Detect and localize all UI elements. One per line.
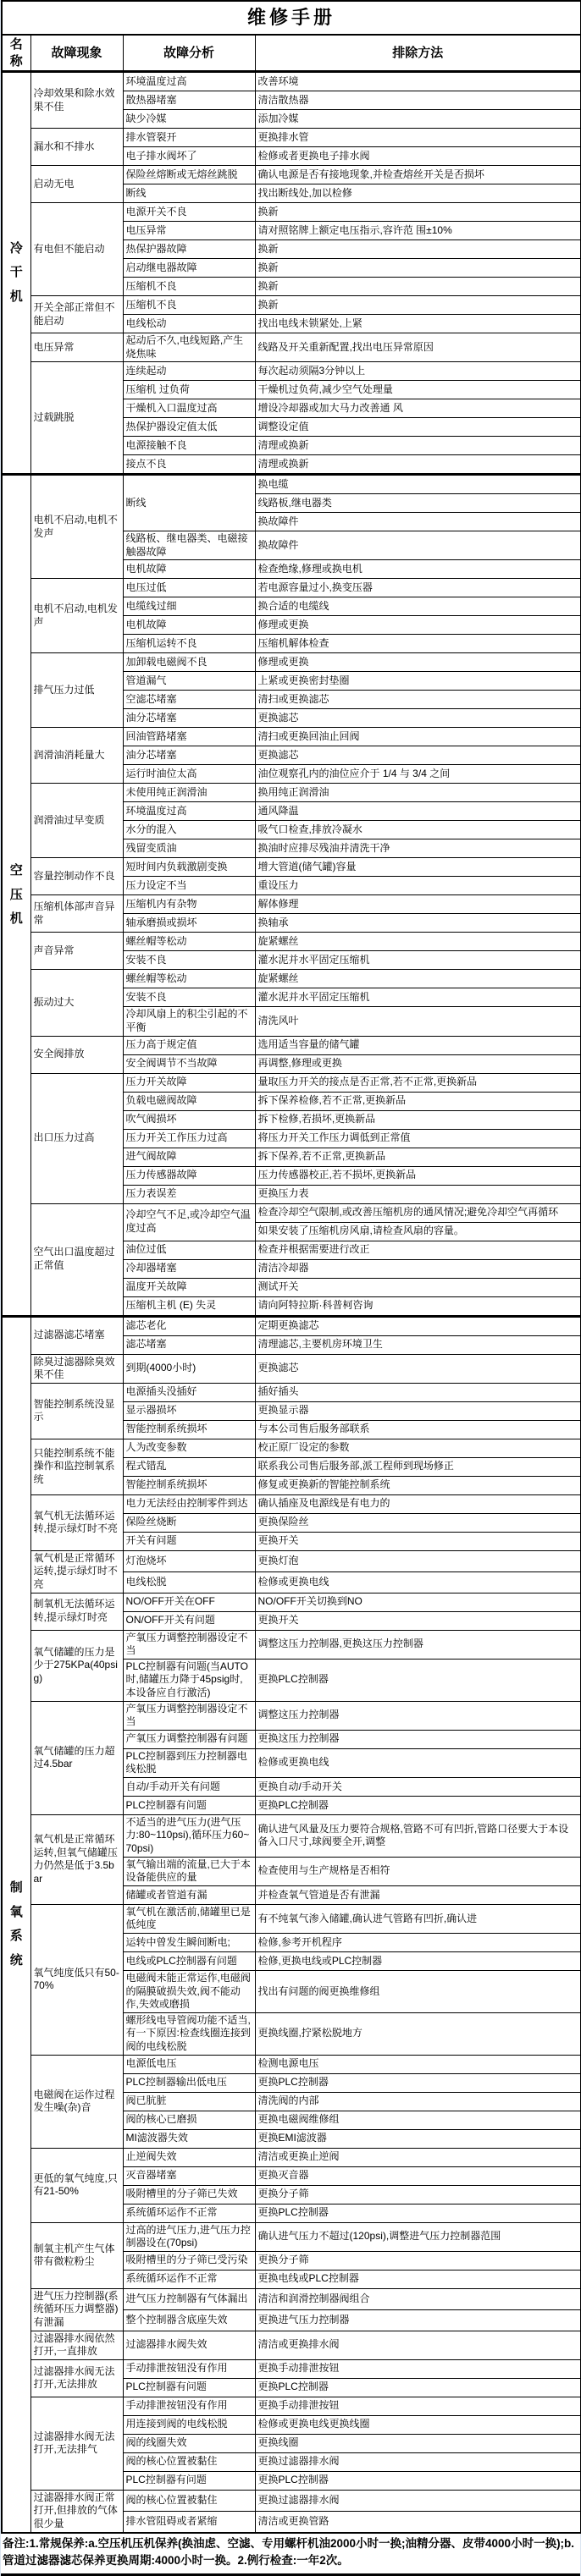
remedy-cell: 更换排水管 (255, 129, 581, 147)
remedy-cell: 更换PLC控制器 (255, 1796, 581, 1814)
analysis-cell: 电线松脱 (123, 1571, 255, 1593)
analysis-cell: 电力无法经由控制零件到达 (123, 1494, 255, 1513)
remedy-cell: 定期更换滤芯 (255, 1316, 581, 1335)
analysis-cell: 用连接到阀的电线松脱 (123, 2415, 255, 2434)
analysis-cell: ON/OFF开关有问题 (123, 1611, 255, 1630)
remedy-cell: 换电缆 (255, 475, 581, 494)
remedy-cell: 修复或更换新的智能控制系统 (255, 1476, 581, 1494)
remedy-cell: 拆下检修,若损坏,更换新品 (255, 1110, 581, 1129)
remedy-cell: 更换开关 (255, 1532, 581, 1550)
remedy-cell: 更换PLC控制器 (255, 2073, 581, 2092)
remedy-cell: 更换这压力控制器 (255, 1730, 581, 1748)
analysis-cell: 自动/手动开关有问题 (123, 1777, 255, 1796)
phenomenon-cell: 安全阀排放 (30, 1036, 123, 1073)
analysis-cell: 起动后不久,电线短路,产生烧焦味 (123, 333, 255, 362)
phenomenon-cell: 空气出口温度超过正常值 (30, 1203, 123, 1316)
remedy-cell: 修理或更换 (255, 653, 581, 672)
remedy-cell: NO/OFF开关切换到NO (255, 1593, 581, 1611)
analysis-cell: PLC控制器有问题 (123, 2378, 255, 2397)
analysis-cell: 压力高于规定值 (123, 1036, 255, 1054)
phenomenon-cell: 氧气纯度低只有50-70% (30, 1904, 123, 2055)
analysis-cell: 压缩机运转不良 (123, 635, 255, 653)
table-row: 启动无电保险丝熔断或无熔丝跳脱确认电源是否有接地现象,并检查熔丝开关是否损坏 (2, 166, 581, 184)
table-row: 空压机电机不启动,电机不发声断线换电缆 (2, 475, 581, 494)
phenomenon-cell: 电机不启动,电机发声 (30, 579, 123, 653)
remedy-cell: 更换灭音器 (255, 2166, 581, 2185)
table-row: 冷干机冷却效果和除水效果不佳环境温度过高改善环境 (2, 72, 581, 91)
phenomenon-cell: 排气压力过低 (30, 653, 123, 728)
analysis-cell: 系统循环运作不正常 (123, 2204, 255, 2222)
analysis-cell: 智能控制系统损坏 (123, 1420, 255, 1439)
table-row: 漏水和不排水排水管裂开更换排水管 (2, 129, 581, 147)
analysis-cell: 冷却空气不足,或冷却空气温度过高 (123, 1203, 255, 1241)
analysis-cell: 环境温度过高 (123, 802, 255, 821)
phenomenon-cell: 制氧机无法循环运转,提示绿灯时亮 (30, 1593, 123, 1630)
remedy-cell: 更换灯泡 (255, 1550, 581, 1571)
remedy-cell: 换新 (255, 203, 581, 222)
analysis-cell: 压缩机主机 (E) 失灵 (123, 1296, 255, 1316)
remedy-cell: 通风降温 (255, 802, 581, 821)
analysis-cell: 电源低电压 (123, 2055, 255, 2073)
analysis-cell: 电源开关不良 (123, 203, 255, 222)
analysis-cell: 阀已肮脏 (123, 2092, 255, 2111)
phenomenon-cell: 只能控制系统不能操作和监控制氧系统 (30, 1439, 123, 1494)
analysis-cell: 进气压力控制器有气体漏出 (123, 2288, 255, 2309)
phenomenon-cell: 冷却效果和除水效果不佳 (30, 72, 123, 129)
table-row: 氧气储罐的压力是少于275KPa(40psig)产氧压力调整控制器设定不当调整这… (2, 1630, 581, 1659)
remedy-cell: 清洁散热器 (255, 91, 581, 110)
remedy-cell: 解体修理 (255, 895, 581, 914)
remedy-cell: 更换分子筛 (255, 2251, 581, 2270)
remedy-cell: 修理或更换 (255, 616, 581, 635)
analysis-cell: 热保护器故障 (123, 240, 255, 259)
remedy-cell: 更换PLC控制器 (255, 2378, 581, 2397)
remedy-cell: 添加冷媒 (255, 110, 581, 129)
remedy-cell: 检修或更换电线 (255, 1748, 581, 1777)
phenomenon-cell: 氧气机是正常循环运转,提示绿灯时不亮 (30, 1550, 123, 1593)
analysis-cell: 保险丝熔断或无熔丝跳脱 (123, 166, 255, 184)
phenomenon-cell: 更低的氧气纯度,只有21-50% (30, 2148, 123, 2222)
analysis-cell: 电机故障 (123, 616, 255, 635)
remedy-cell: 油位观察孔内的油位应介于 1/4 与 3/4 之间 (255, 765, 581, 784)
remedy-cell: 灌水泥并水平固定压缩机 (255, 951, 581, 970)
analysis-cell: 灭音器堵塞 (123, 2166, 255, 2185)
phenomenon-cell: 电压异常 (30, 333, 123, 362)
analysis-cell: 螺形线电导管阀功能不适当,有一下原因:检查线圈连接到阀的电线松脱 (123, 2012, 255, 2055)
remedy-cell: 更换保险丝 (255, 1513, 581, 1532)
phenomenon-cell: 过滤器排水阀无法打开,无法排放 (30, 2359, 123, 2397)
analysis-cell: PLC控制器到压力控制器电线松脱 (123, 1748, 255, 1777)
analysis-cell: 压力传感器故障 (123, 1166, 255, 1185)
remedy-cell: 换轴承 (255, 914, 581, 933)
analysis-cell: 阀的线圈失效 (123, 2434, 255, 2452)
analysis-cell: 加卸载电磁阀不良 (123, 653, 255, 672)
table-row: 安全阀排放压力高于规定值选用适当容量的储气罐 (2, 1036, 581, 1054)
remedy-cell: 线路板,继电器类 (255, 494, 581, 513)
remedy-cell: 测试开关 (255, 1278, 581, 1296)
section-name-cell: 冷干机 (2, 72, 30, 475)
remedy-cell: 检修,参考开机程序 (255, 1934, 581, 1952)
phenomenon-cell: 氧气储罐的压力是少于275KPa(40psig) (30, 1630, 123, 1701)
analysis-cell: 螺丝帽等松动 (123, 933, 255, 951)
remedy-cell: 更换电磁阀维修组 (255, 2111, 581, 2129)
table-row: 润滑油过早变质未使用纯正润滑油换用纯正润滑油 (2, 784, 581, 802)
analysis-cell: 启动继电器故障 (123, 259, 255, 278)
analysis-cell: 断线 (123, 184, 255, 203)
remedy-cell: 更换压力表 (255, 1185, 581, 1203)
table-row: 振动过大螺丝帽等松动旋紧螺丝 (2, 970, 581, 988)
analysis-cell: 安装不良 (123, 951, 255, 970)
analysis-cell: 油位过低 (123, 1241, 255, 1259)
analysis-cell: 环境温度过高 (123, 72, 255, 91)
remedy-cell: 插好插头 (255, 1383, 581, 1401)
analysis-cell: PLC控制器有问题 (123, 1796, 255, 1814)
analysis-cell: 整个控制器含底座失效 (123, 2309, 255, 2331)
table-row: 润滑油消耗量大回油管路堵塞清扫或更换回油止回阀 (2, 728, 581, 746)
analysis-cell: 阀的核心已磨损 (123, 2111, 255, 2129)
phenomenon-cell: 容量控制动作不良 (30, 858, 123, 895)
analysis-cell: 进气阀故障 (123, 1148, 255, 1166)
phenomenon-cell: 氧气机是正常循环运转,但氧气储罐压力仍然是低于3.5bar (30, 1814, 123, 1904)
analysis-cell: 过高的进气压力,进气压力控制器设在(70psi) (123, 2222, 255, 2251)
remedy-cell: 更换手动排泄按钮 (255, 2359, 581, 2378)
remedy-cell: 检修或者更换电子排水阀 (255, 147, 581, 166)
analysis-cell: 不适当的进气压力(进气压力:80~110psi),循环压力60~70psi) (123, 1814, 255, 1857)
remedy-cell: 清洁和润滑控制器阀组合 (255, 2288, 581, 2309)
table-row: 电压异常起动后不久,电线短路,产生烧焦味线路及开关重新配置,找出电压异常原因 (2, 333, 581, 362)
phenomenon-cell: 氧气机无法循环运转,提示绿灯时不亮 (30, 1494, 123, 1550)
remedy-cell: 每次起动须隔3分钟以上 (255, 362, 581, 381)
remedy-cell: 压力传感器校正,若不损坏,更换新品 (255, 1166, 581, 1185)
col-header-analysis: 故障分析 (123, 35, 255, 72)
analysis-cell: NO/OFF开关在OFF (123, 1593, 255, 1611)
remedy-cell: 清理或换新 (255, 437, 581, 455)
remedy-cell: 找出有问题的阀更换维修组 (255, 1971, 581, 2013)
remedy-cell: 更换线圈,拧紧松脱地方 (255, 2012, 581, 2055)
remedy-cell: 选用适当容量的储气罐 (255, 1036, 581, 1054)
analysis-cell: 排水管阻碍或者紧缩 (123, 2511, 255, 2532)
analysis-cell: 未使用纯正润滑油 (123, 784, 255, 802)
remedy-cell: 重设压力 (255, 877, 581, 895)
analysis-cell: 电线松动 (123, 315, 255, 333)
remedy-cell: 更换EMI滤波器 (255, 2129, 581, 2148)
remedy-cell: 确认电源是否有接地现象,并检查熔丝开关是否损坏 (255, 166, 581, 184)
analysis-cell: 运转中曾发生瞬间断电; (123, 1934, 255, 1952)
analysis-cell: 空滤芯堵塞 (123, 691, 255, 709)
analysis-cell: 冷却风扇上的积尘引起的不平衡 (123, 1007, 255, 1036)
phenomenon-cell: 声音异常 (30, 933, 123, 970)
remedy-cell: 找出断线处,加以检修 (255, 184, 581, 203)
remedy-cell: 换合适的电缆线 (255, 597, 581, 616)
remedy-cell: 更换PLC控制器 (255, 2471, 581, 2490)
analysis-cell: 接点不良 (123, 455, 255, 475)
analysis-cell: 电源接触不良 (123, 437, 255, 455)
analysis-cell: 到期(4000小时) (123, 1354, 255, 1383)
analysis-cell: 温度开关故障 (123, 1278, 255, 1296)
analysis-cell: 储罐或者管道有漏 (123, 1885, 255, 1904)
section-name-vertical-label: 空压机 (9, 859, 23, 932)
table-row: 过滤器排水阀无法打开,无法排放手动排泄按钮没有作用更换手动排泄按钮 (2, 2359, 581, 2378)
analysis-cell: 压缩机 过负荷 (123, 381, 255, 399)
remedy-cell: 更换PLC控制器 (255, 2204, 581, 2222)
table-row: 容量控制动作不良短时间内负载激剧变换增大管道(储气罐)容量 (2, 858, 581, 877)
remedy-cell: 请向阿特拉斯·科普柯咨询 (255, 1296, 581, 1316)
table-row: 电磁阀在运作过程发生噪(杂)音电源低电压检测电源电压 (2, 2055, 581, 2073)
remedy-cell: 线路及开关重新配置,找出电压异常原因 (255, 333, 581, 362)
analysis-cell: 压缩机内有杂物 (123, 895, 255, 914)
analysis-cell: 油分芯堵塞 (123, 709, 255, 728)
remedy-cell: 灌水泥并水平固定压缩机 (255, 988, 581, 1007)
table-row: 氧气储罐的压力超过4.5bar产氧压力调整控制器设定不当调整这压力控制器 (2, 1701, 581, 1730)
remedy-cell: 更换过滤器排水阀 (255, 2452, 581, 2471)
analysis-cell: 滤芯堵塞 (123, 1335, 255, 1354)
analysis-cell: 手动排泄按钮没有作用 (123, 2397, 255, 2415)
phenomenon-cell: 过滤器排水阀依然打开,一直排放 (30, 2331, 123, 2359)
analysis-cell: 干燥机入口温度过高 (123, 399, 255, 418)
analysis-cell: 线路板、继电器类、电磁接触器故障 (123, 531, 255, 560)
footer-note: 备注:1.常规保养:a.空压机压机保养(换油虑、空滤、专用螺杆机油2000小时一… (1, 2534, 580, 2576)
table-row: 进气压力控制器(系统循环压力调整器)有泄漏进气压力控制器有气体漏出清洁和润滑控制… (2, 2288, 581, 2309)
analysis-cell: 电机故障 (123, 560, 255, 579)
analysis-cell: PLC控制器有问题(当AUTO时,储罐压力降于45psig时,本设备应自行激活) (123, 1659, 255, 1701)
analysis-cell: 轴承磨损或损坏 (123, 914, 255, 933)
analysis-cell: 氧气机在激活前,储罐里已是低纯度 (123, 1904, 255, 1933)
analysis-cell: 吸附槽里的分子筛已失效 (123, 2185, 255, 2204)
remedy-cell: 更换显示器 (255, 1401, 581, 1420)
remedy-cell: 清洁或更换管路 (255, 2511, 581, 2532)
table-row: 氧气纯度低只有50-70%氧气机在激活前,储罐里已是低纯度有不纯氧气渗入储罐,确… (2, 1904, 581, 1933)
table-row: 氧气机是正常循环运转,但氧气储罐压力仍然是低于3.5bar不适当的进气压力(进气… (2, 1814, 581, 1857)
remedy-cell: 并检查氧气管道是否有泄漏 (255, 1885, 581, 1904)
analysis-cell: 安全阀调节不当故障 (123, 1054, 255, 1073)
phenomenon-cell: 进气压力控制器(系统循环压力调整器)有泄漏 (30, 2288, 123, 2331)
analysis-cell: 螺丝帽等松动 (123, 970, 255, 988)
analysis-cell: 电线或PLC控制器有问题 (123, 1952, 255, 1971)
table-row: 过滤器排水阀依然打开,一直排放过滤器排水阀失效清洁或更换排水阀 (2, 2331, 581, 2359)
section-name-vertical-label: 制氧系统 (9, 1876, 23, 1973)
analysis-cell: 开关有问题 (123, 1532, 255, 1550)
remedy-cell: 旋紧螺丝 (255, 970, 581, 988)
analysis-cell: 灯泡烧坏 (123, 1550, 255, 1571)
phenomenon-cell: 智能控制系统没显示 (30, 1383, 123, 1439)
remedy-cell: 确认插座及电源线是有电力的 (255, 1494, 581, 1513)
remedy-cell: 拆下保养检修,若不正常,更换新品 (255, 1092, 581, 1110)
analysis-cell: 产氧压力调整控制器设定不当 (123, 1630, 255, 1659)
analysis-cell: 压力开关工作压力过高 (123, 1129, 255, 1148)
remedy-cell: 更换分子筛 (255, 2185, 581, 2204)
remedy-cell: 更换线圈 (255, 2434, 581, 2452)
remedy-cell: 调整这压力控制器 (255, 1701, 581, 1730)
analysis-cell: 滤芯老化 (123, 1316, 255, 1335)
remedy-cell: 清洁或更换排水阀 (255, 2331, 581, 2359)
remedy-cell: 有不纯氧气渗入储罐,确认进气管路有凹折,确认进 (255, 1904, 581, 1933)
analysis-cell: 回油管路堵塞 (123, 728, 255, 746)
col-header-remedy: 排除方法 (255, 35, 581, 72)
table-row: 制氧机无法循环运转,提示绿灯时亮NO/OFF开关在OFFNO/OFF开关切换到N… (2, 1593, 581, 1611)
remedy-cell: 换故障件 (255, 531, 581, 560)
phenomenon-cell: 过滤器滤芯堵塞 (30, 1316, 123, 1354)
remedy-cell: 与本公司售后服务部联系 (255, 1420, 581, 1439)
remedy-cell: 换新 (255, 278, 581, 296)
table-row: 电机不启动,电机发声电压过低若电源容量过小,换变压器 (2, 579, 581, 597)
analysis-cell: 安装不良 (123, 988, 255, 1007)
remedy-cell: 上紧或更换密封垫圈 (255, 672, 581, 691)
analysis-cell: PLC控制器有问题 (123, 2471, 255, 2490)
phenomenon-cell: 过载跳脱 (30, 362, 123, 475)
table-body: 冷干机冷却效果和除水效果不佳环境温度过高改善环境散热器堵塞清洁散热器缺少冷媒添加… (2, 72, 581, 2533)
analysis-cell: 缺少冷媒 (123, 110, 255, 129)
remedy-cell: 清理或换新 (255, 455, 581, 475)
remedy-cell: 更换过滤器排水阀 (255, 2490, 581, 2511)
phenomenon-cell: 制氧主机产生气体带有微粒粉尘 (30, 2222, 123, 2288)
analysis-cell: 压力表误差 (123, 1185, 255, 1203)
analysis-cell: 电压异常 (123, 222, 255, 240)
analysis-cell: 管道漏气 (123, 672, 255, 691)
remedy-cell: 更换进气压力控制器 (255, 2309, 581, 2331)
remedy-cell: 换故障件 (255, 513, 581, 531)
remedy-cell: 请对照铭牌上额定电压指示,容许范 围±10% (255, 222, 581, 240)
analysis-cell: 阀的核心位置被黏住 (123, 2452, 255, 2471)
table-row: 开关全部正常但不能启动压缩机不良换新 (2, 296, 581, 315)
phenomenon-cell: 压缩机体部声音异常 (30, 895, 123, 933)
phenomenon-cell: 电机不启动,电机不发声 (30, 475, 123, 579)
analysis-cell: 吹气阀损坏 (123, 1110, 255, 1129)
remedy-cell: 吸气口检查,排放冷凝水 (255, 821, 581, 839)
analysis-cell: 压力开关故障 (123, 1073, 255, 1092)
analysis-cell: 电子排水阀坏了 (123, 147, 255, 166)
remedy-cell: 换用纯正润滑油 (255, 784, 581, 802)
table-row: 更低的氧气纯度,只有21-50%止逆阀失效清洁或更换止逆阀 (2, 2148, 581, 2166)
phenomenon-cell: 电磁阀在运作过程发生噪(杂)音 (30, 2055, 123, 2148)
remedy-cell: 检查冷却空气限制,或改善压缩机房的通风情况;避免冷却空气再循环 (255, 1203, 581, 1222)
phenomenon-cell: 润滑油消耗量大 (30, 728, 123, 784)
analysis-cell: 油分芯堵塞 (123, 746, 255, 765)
table-row: 空气出口温度超过正常值冷却空气不足,或冷却空气温度过高检查冷却空气限制,或改善压… (2, 1203, 581, 1222)
phenomenon-cell: 振动过大 (30, 970, 123, 1036)
remedy-cell: 将压力开关工作压力调低到正常值 (255, 1129, 581, 1148)
remedy-cell: 清洁冷却器 (255, 1259, 581, 1278)
remedy-cell: 检查并根据需要进行改正 (255, 1241, 581, 1259)
remedy-cell: 换新 (255, 259, 581, 278)
analysis-cell: 手动排泄按钮没有作用 (123, 2359, 255, 2378)
analysis-cell: 水分的混入 (123, 821, 255, 839)
table-row: 只能控制系统不能操作和监控制氧系统人为改变参数校正原厂设定的参数 (2, 1439, 581, 1457)
remedy-cell: 再调整,修理或更换 (255, 1054, 581, 1073)
remedy-cell: 更换滤芯 (255, 1354, 581, 1383)
analysis-cell: 氧气输出端的流量,已大于本设备能供应的量 (123, 1857, 255, 1885)
table-row: 制氧主机产生气体带有微粒粉尘过高的进气压力,进气压力控制器设在(70psi)确认… (2, 2222, 581, 2251)
remedy-cell: 清洗阀的内部 (255, 2092, 581, 2111)
phenomenon-cell: 有电但不能启动 (30, 203, 123, 296)
remedy-cell: 换新 (255, 296, 581, 315)
analysis-cell: 系统循环运作不正常 (123, 2270, 255, 2288)
phenomenon-cell: 除臭过滤器除臭效果不佳 (30, 1354, 123, 1383)
analysis-cell: 散热器堵塞 (123, 91, 255, 110)
remedy-cell: 量取压力开关的接点是否正常,若不正常,更换新品 (255, 1073, 581, 1092)
table-row: 氧气机无法循环运转,提示绿灯时不亮电力无法经由控制零件到达确认插座及电源线是有电… (2, 1494, 581, 1513)
remedy-cell: 更换自动/手动开关 (255, 1777, 581, 1796)
remedy-cell: 校正原厂设定的参数 (255, 1439, 581, 1457)
analysis-cell: 阀的核心位置被黏住 (123, 2490, 255, 2511)
analysis-cell: 智能控制系统损坏 (123, 1476, 255, 1494)
section-name-cell: 空压机 (2, 475, 30, 1316)
remedy-cell: 更换开关 (255, 1611, 581, 1630)
analysis-cell: 残留变质油 (123, 839, 255, 858)
analysis-cell: 电缆线过细 (123, 597, 255, 616)
table-row: 过滤器排水阀无法打开,无法排气手动排泄按钮没有作用更换手动排泄按钮 (2, 2397, 581, 2415)
table-row: 有电但不能启动电源开关不良换新 (2, 203, 581, 222)
remedy-cell: 更换手动排泄按钮 (255, 2397, 581, 2415)
analysis-cell: 人为改变参数 (123, 1439, 255, 1457)
table-row: 除臭过滤器除臭效果不佳到期(4000小时)更换滤芯 (2, 1354, 581, 1383)
analysis-cell: 热保护器设定值太低 (123, 418, 255, 437)
remedy-cell: 联系我公司售后服务部,派工程师到现场修正 (255, 1457, 581, 1476)
remedy-cell: 拆下保养,若不正常,更换新品 (255, 1148, 581, 1166)
phenomenon-cell: 开关全部正常但不能启动 (30, 296, 123, 333)
remedy-cell: 如果安装了压缩机房风扇,请检查风扇的容量。 (255, 1222, 581, 1241)
analysis-cell: 显示器损坏 (123, 1401, 255, 1420)
analysis-cell: 保险丝烧断 (123, 1513, 255, 1532)
remedy-cell: 换油时应排尽残油并清洗干净 (255, 839, 581, 858)
analysis-cell: 电压过低 (123, 579, 255, 597)
analysis-cell: 电源插头没插好 (123, 1383, 255, 1401)
remedy-cell: 更换PLC控制器 (255, 1659, 581, 1701)
remedy-cell: 压缩机解体检查 (255, 635, 581, 653)
analysis-cell: 排水管裂开 (123, 129, 255, 147)
analysis-cell: 冷却器堵塞 (123, 1259, 255, 1278)
analysis-cell: PLC控制器输出低电压 (123, 2073, 255, 2092)
remedy-cell: 更换滤芯 (255, 709, 581, 728)
table-row: 制氧系统过滤器滤芯堵塞滤芯老化定期更换滤芯 (2, 1316, 581, 1335)
table-row: 排气压力过低加卸载电磁阀不良修理或更换 (2, 653, 581, 672)
analysis-cell: 吸附槽里的分子筛已受污染 (123, 2251, 255, 2270)
analysis-cell: 负载电磁阀故障 (123, 1092, 255, 1110)
analysis-cell: 断线 (123, 475, 255, 531)
remedy-cell: 换新 (255, 240, 581, 259)
phenomenon-cell: 漏水和不排水 (30, 129, 123, 166)
remedy-cell: 旋紧螺丝 (255, 933, 581, 951)
section-name-cell: 制氧系统 (2, 1316, 30, 2532)
remedy-cell: 更换电线或PLC控制器 (255, 2270, 581, 2288)
analysis-cell: 压缩机不良 (123, 278, 255, 296)
table-row: 氧气机是正常循环运转,提示绿灯时不亮灯泡烧坏更换灯泡 (2, 1550, 581, 1571)
analysis-cell: 压缩机不良 (123, 296, 255, 315)
analysis-cell: 电磁阀未能正常运作,电磁阀的隔膜破损失效,阀不能动作,失效或磨损 (123, 1971, 255, 2013)
remedy-cell: 找出电线未锁紧处,上紧 (255, 315, 581, 333)
analysis-cell: 产氧压力调整控制器有问题 (123, 1730, 255, 1748)
remedy-cell: 清洁或更换止逆阀 (255, 2148, 581, 2166)
remedy-cell: 检测电源电压 (255, 2055, 581, 2073)
remedy-cell: 清洗风叶 (255, 1007, 581, 1036)
remedy-cell: 改善环境 (255, 72, 581, 91)
remedy-cell: 确认进气压力不超过(120psi),调整进气压力控制器范围 (255, 2222, 581, 2251)
col-header-phenomenon: 故障现象 (30, 35, 123, 72)
table-row: 出口压力过高压力开关故障量取压力开关的接点是否正常,若不正常,更换新品 (2, 1073, 581, 1092)
remedy-cell: 清扫或更换回油止回阀 (255, 728, 581, 746)
phenomenon-cell: 出口压力过高 (30, 1073, 123, 1203)
remedy-cell: 检修或更换电线更换线圈 (255, 2415, 581, 2434)
remedy-cell: 清理滤芯,主要机房环境卫生 (255, 1335, 581, 1354)
table-row: 压缩机体部声音异常压缩机内有杂物解体修理 (2, 895, 581, 914)
remedy-cell: 检修,更换电线或PLC控制器 (255, 1952, 581, 1971)
table-row: 过载跳脱连续起动每次起动须隔3分钟以上 (2, 362, 581, 381)
remedy-cell: 调整设定值 (255, 418, 581, 437)
remedy-cell: 确认进气风量及压力要符合规格,管路不可有凹折,管路口径要大于本设备入口尺寸,球阀… (255, 1814, 581, 1857)
analysis-cell: 运行时油位太高 (123, 765, 255, 784)
analysis-cell: 程式错乱 (123, 1457, 255, 1476)
page-title: 维修手册 (2, 1, 581, 35)
phenomenon-cell: 润滑油过早变质 (30, 784, 123, 858)
